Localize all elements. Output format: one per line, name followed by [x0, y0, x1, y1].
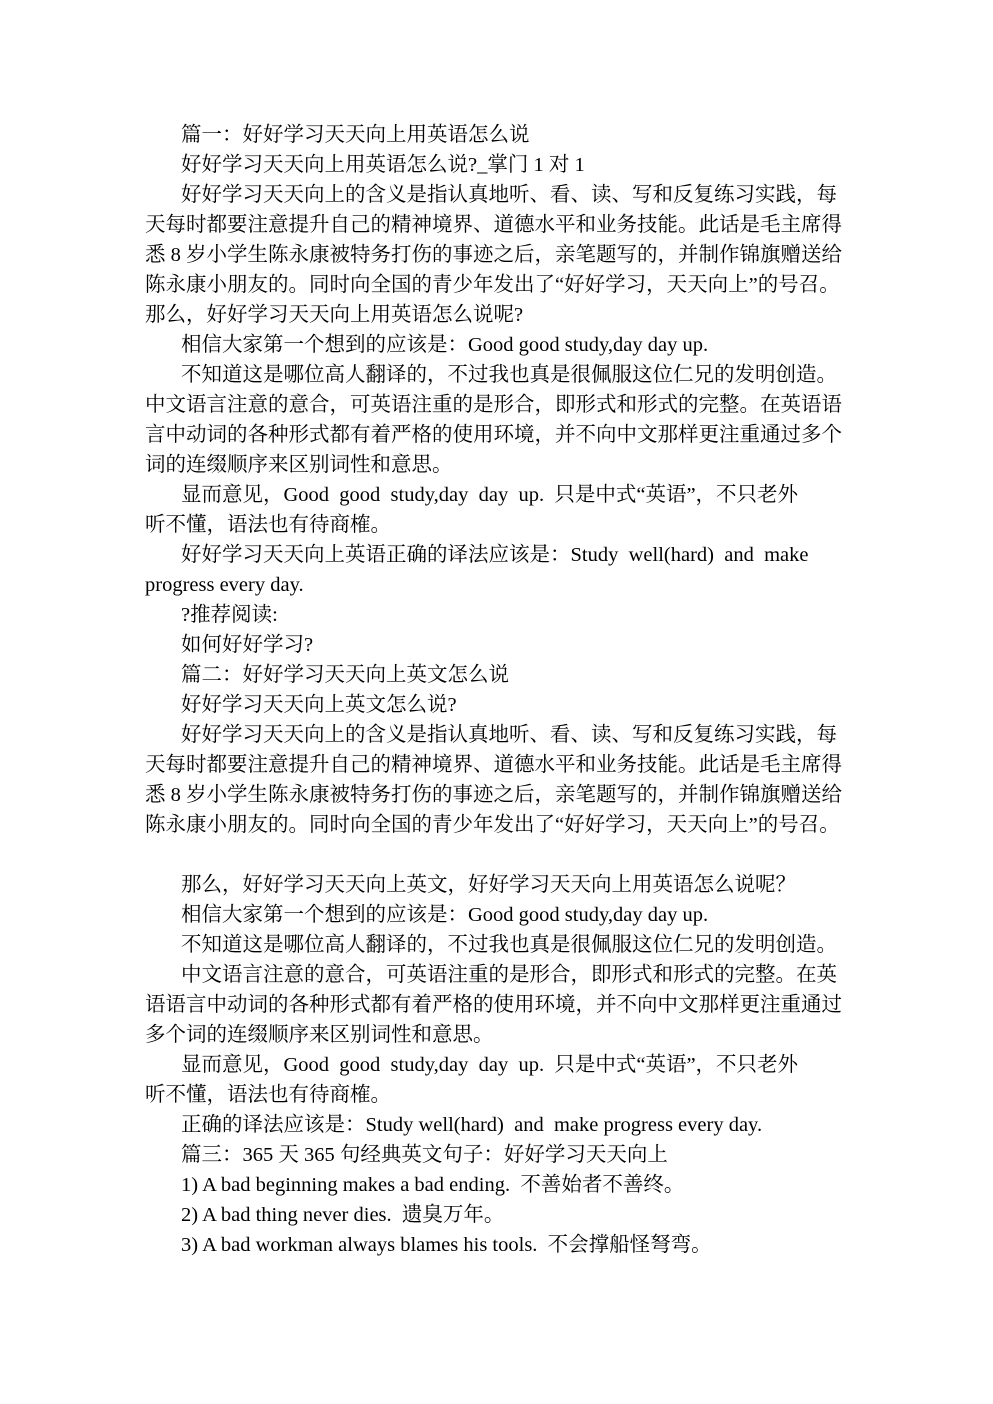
text-line: 听不懂，语法也有待商榷。 [145, 510, 875, 540]
text-line: 如何好好学习? [145, 630, 875, 660]
text-line: 1) A bad beginning makes a bad ending. 不… [145, 1170, 875, 1200]
text-line: 陈永康小朋友的。同时向全国的青少年发出了“好好学习，天天向上”的号召。 [145, 270, 875, 300]
text-line: 那么，好好学习天天向上英文，好好学习天天向上用英语怎么说呢？ [145, 870, 875, 900]
text-line: 好好学习天天向上英语正确的译法应该是：Study well(hard) and … [145, 540, 875, 570]
text-line: 篇三：365 天 365 句经典英文句子：好好学习天天向上 [145, 1140, 875, 1170]
text-line: 听不懂，语法也有待商榷。 [145, 1080, 875, 1110]
document-text-block: 篇一：好好学习天天向上用英语怎么说好好学习天天向上用英语怎么说?_掌门 1 对 … [145, 120, 875, 1260]
text-line: 好好学习天天向上的含义是指认真地听、看、读、写和反复练习实践，每 [145, 720, 875, 750]
text-line: 显而意见，Good good study,day day up. 只是中式“英语… [145, 1050, 875, 1080]
text-line: 语语言中动词的各种形式都有着严格的使用环境，并不向中文那样更注重通过 [145, 990, 875, 1020]
text-line: 好好学习天天向上英文怎么说? [145, 690, 875, 720]
text-line: 篇一：好好学习天天向上用英语怎么说 [145, 120, 875, 150]
text-line: 2) A bad thing never dies. 遗臭万年。 [145, 1200, 875, 1230]
text-line: 不知道这是哪位高人翻译的，不过我也真是很佩服这位仁兄的发明创造。 [145, 360, 875, 390]
blank-line [145, 840, 875, 870]
text-line: 悉 8 岁小学生陈永康被特务打伤的事迹之后，亲笔题写的，并制作锦旗赠送给 [145, 780, 875, 810]
text-line: 那么，好好学习天天向上用英语怎么说呢? [145, 300, 875, 330]
text-line: progress every day. [145, 570, 875, 600]
text-line: 陈永康小朋友的。同时向全国的青少年发出了“好好学习，天天向上”的号召。 [145, 810, 875, 840]
text-line: 正确的译法应该是：Study well(hard) and make progr… [145, 1110, 875, 1140]
text-line: 中文语言注意的意合，可英语注重的是形合，即形式和形式的完整。在英语语 [145, 390, 875, 420]
text-line: 天每时都要注意提升自己的精神境界、道德水平和业务技能。此话是毛主席得 [145, 210, 875, 240]
text-line: 天每时都要注意提升自己的精神境界、道德水平和业务技能。此话是毛主席得 [145, 750, 875, 780]
text-line: 相信大家第一个想到的应该是：Good good study,day day up… [145, 900, 875, 930]
text-line: 3) A bad workman always blames his tools… [145, 1230, 875, 1260]
text-line: 好好学习天天向上用英语怎么说?_掌门 1 对 1 [145, 150, 875, 180]
text-line: 好好学习天天向上的含义是指认真地听、看、读、写和反复练习实践，每 [145, 180, 875, 210]
text-line: 相信大家第一个想到的应该是：Good good study,day day up… [145, 330, 875, 360]
text-line: 不知道这是哪位高人翻译的，不过我也真是很佩服这位仁兄的发明创造。 [145, 930, 875, 960]
text-line: 言中动词的各种形式都有着严格的使用环境，并不向中文那样更注重通过多个 [145, 420, 875, 450]
text-line: 显而意见，Good good study,day day up. 只是中式“英语… [145, 480, 875, 510]
text-line: ?推荐阅读: [145, 600, 875, 630]
text-line: 悉 8 岁小学生陈永康被特务打伤的事迹之后，亲笔题写的，并制作锦旗赠送给 [145, 240, 875, 270]
text-line: 中文语言注意的意合，可英语注重的是形合，即形式和形式的完整。在英 [145, 960, 875, 990]
text-line: 多个词的连缀顺序来区别词性和意思。 [145, 1020, 875, 1050]
text-line: 词的连缀顺序来区别词性和意思。 [145, 450, 875, 480]
document-page: 篇一：好好学习天天向上用英语怎么说好好学习天天向上用英语怎么说?_掌门 1 对 … [0, 0, 993, 1404]
text-line: 篇二：好好学习天天向上英文怎么说 [145, 660, 875, 690]
